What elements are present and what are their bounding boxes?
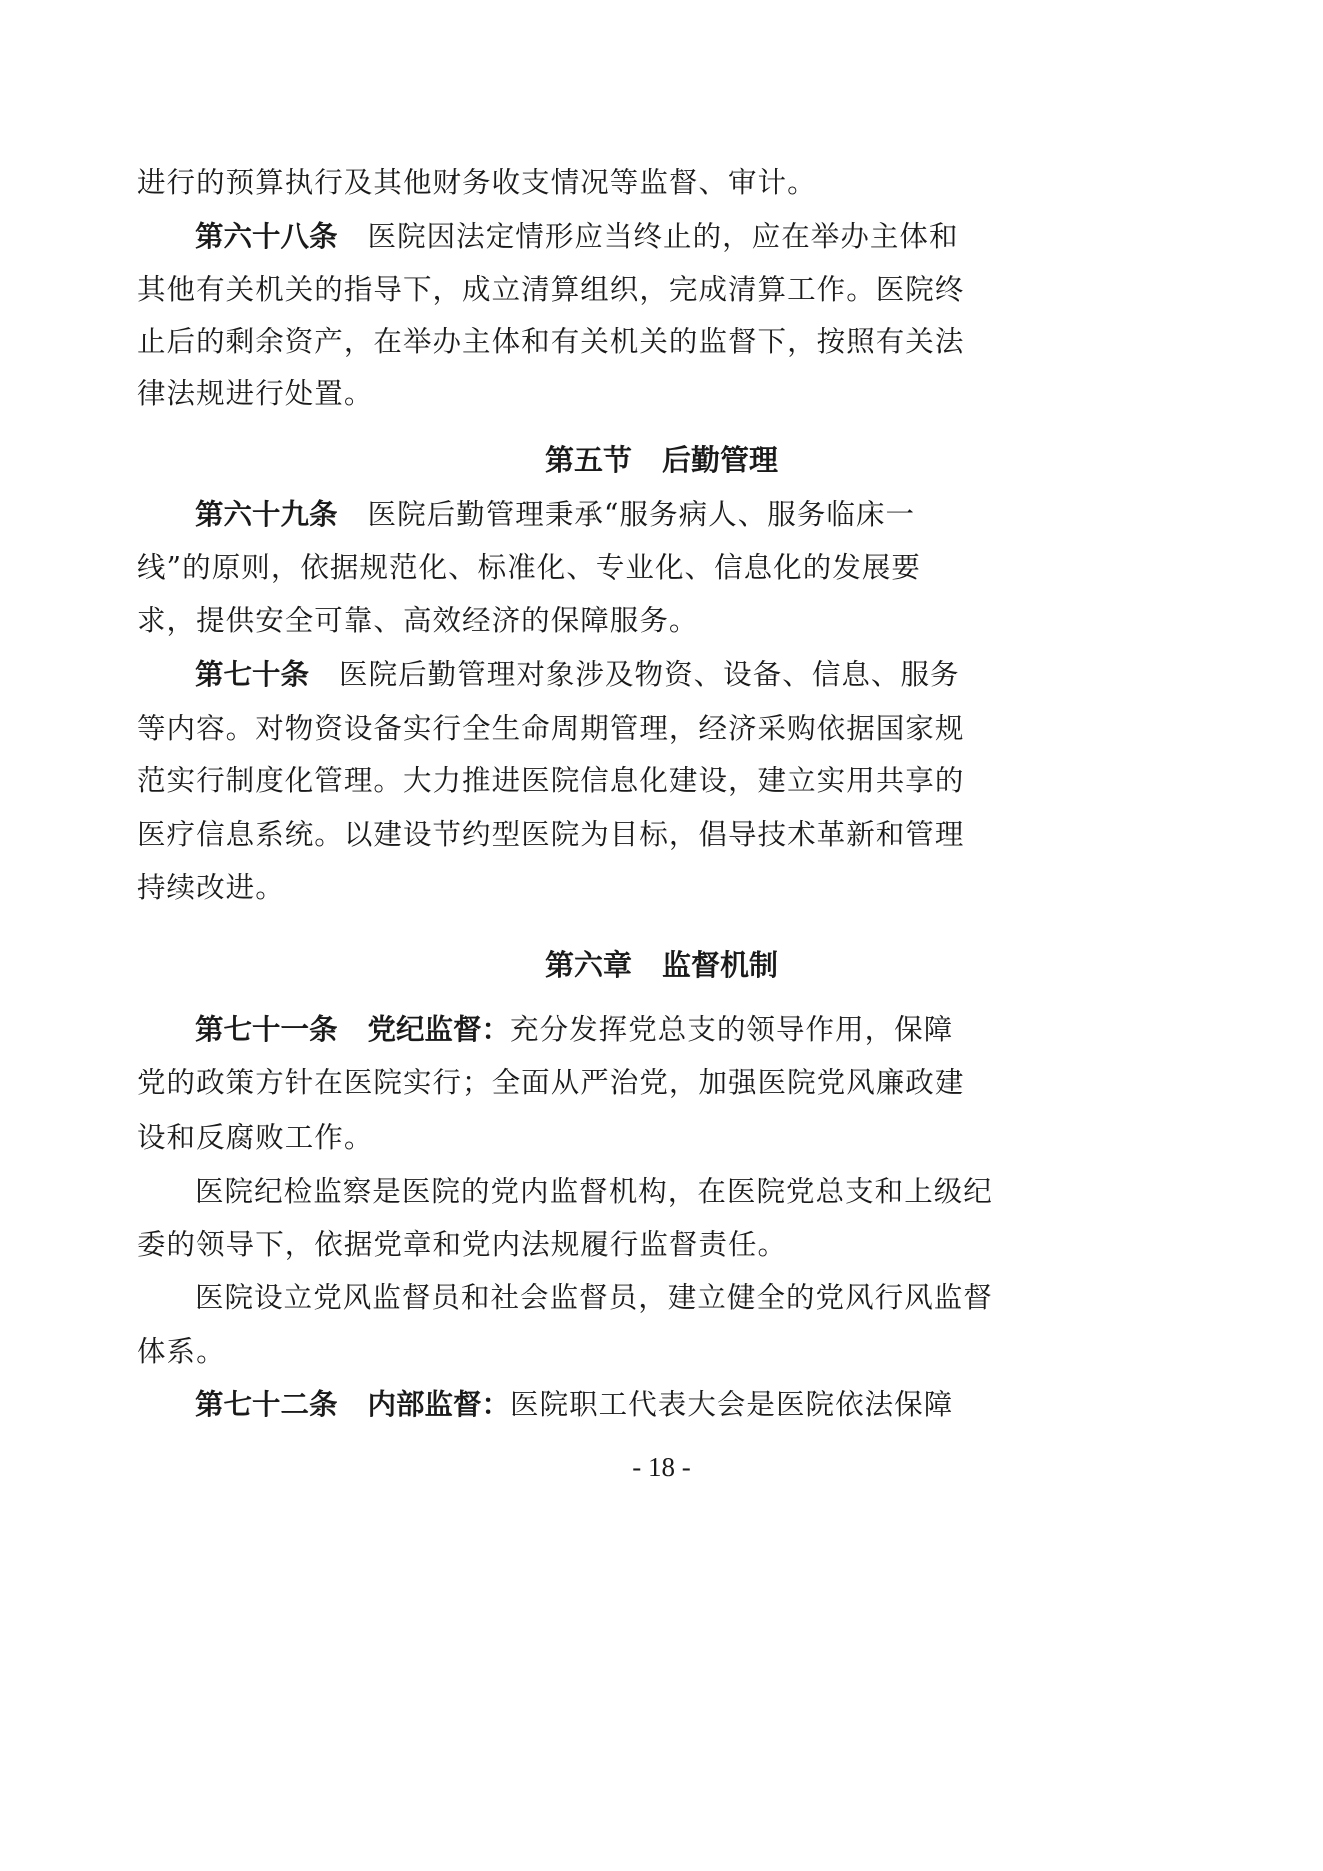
article-label: 第六十八条 <box>195 220 338 253</box>
paragraph-first-line: 医院纪检监察是医院的党内监督机构，在医院党总支和上级纪 <box>195 1172 1035 1212</box>
article-text: 医院后勤管理秉承“服务病人、服务临床一 <box>368 498 916 531</box>
article-text: 医院因法定情形应当终止的，应在举办主体和 <box>368 220 959 253</box>
article-label: 第七十条 <box>195 658 309 691</box>
article-68: 第六十八条医院因法定情形应当终止的，应在举办主体和 <box>195 217 1035 257</box>
section-heading: 第五节后勤管理 <box>0 440 1323 480</box>
document-page: 进行的预算执行及其他财务收支情况等监督、审计。 第六十八条医院因法定情形应当终止… <box>0 0 1323 1871</box>
text-line: 范实行制度化管理。大力推进医院信息化建设，建立实用共享的 <box>137 761 977 801</box>
text-line: 求，提供安全可靠、高效经济的保障服务。 <box>137 601 977 641</box>
article-text: 医院后勤管理对象涉及物资、设备、信息、服务 <box>339 658 960 691</box>
article-sublabel: 党纪监督： <box>368 1013 511 1046</box>
text-line: 线”的原则，依据规范化、标准化、专业化、信息化的发展要 <box>137 548 977 588</box>
text-line: 律法规进行处置。 <box>137 374 977 414</box>
page-number: - 18 - <box>0 1447 1323 1487</box>
article-label: 第七十二条 <box>195 1388 338 1421</box>
text-line: 进行的预算执行及其他财务收支情况等监督、审计。 <box>137 163 977 203</box>
article-72: 第七十二条内部监督：医院职工代表大会是医院依法保障 <box>195 1385 1035 1425</box>
text-line: 止后的剩余资产，在举办主体和有关机关的监督下，按照有关法 <box>137 322 977 362</box>
chapter-number: 第六章 <box>545 948 632 982</box>
article-label: 第六十九条 <box>195 498 338 531</box>
text-line: 党的政策方针在医院实行；全面从严治党，加强医院党风廉政建 <box>137 1063 977 1103</box>
text-line: 等内容。对物资设备实行全生命周期管理，经济采购依据国家规 <box>137 709 977 749</box>
article-71: 第七十一条党纪监督：充分发挥党总支的领导作用，保障 <box>195 1010 1035 1050</box>
paragraph-first-line: 医院设立党风监督员和社会监督员，建立健全的党风行风监督 <box>195 1278 1035 1318</box>
article-text: 充分发挥党总支的领导作用，保障 <box>510 1013 953 1046</box>
text-line: 设和反腐败工作。 <box>137 1118 977 1158</box>
article-label: 第七十一条 <box>195 1013 338 1046</box>
text-line: 医疗信息系统。以建设节约型医院为目标，倡导技术革新和管理 <box>137 815 977 855</box>
article-text: 医院职工代表大会是医院依法保障 <box>510 1388 953 1421</box>
text-line: 持续改进。 <box>137 868 977 908</box>
text-line: 体系。 <box>137 1332 977 1372</box>
chapter-heading: 第六章监督机制 <box>0 945 1323 985</box>
section-title: 后勤管理 <box>662 443 778 477</box>
article-sublabel: 内部监督： <box>368 1388 511 1421</box>
text-line: 其他有关机关的指导下，成立清算组织，完成清算工作。医院终 <box>137 270 977 310</box>
section-number: 第五节 <box>545 443 632 477</box>
text-line: 委的领导下，依据党章和党内法规履行监督责任。 <box>137 1225 977 1265</box>
article-69: 第六十九条医院后勤管理秉承“服务病人、服务临床一 <box>195 495 1035 535</box>
article-70: 第七十条医院后勤管理对象涉及物资、设备、信息、服务 <box>195 655 1035 695</box>
chapter-title: 监督机制 <box>662 948 778 982</box>
